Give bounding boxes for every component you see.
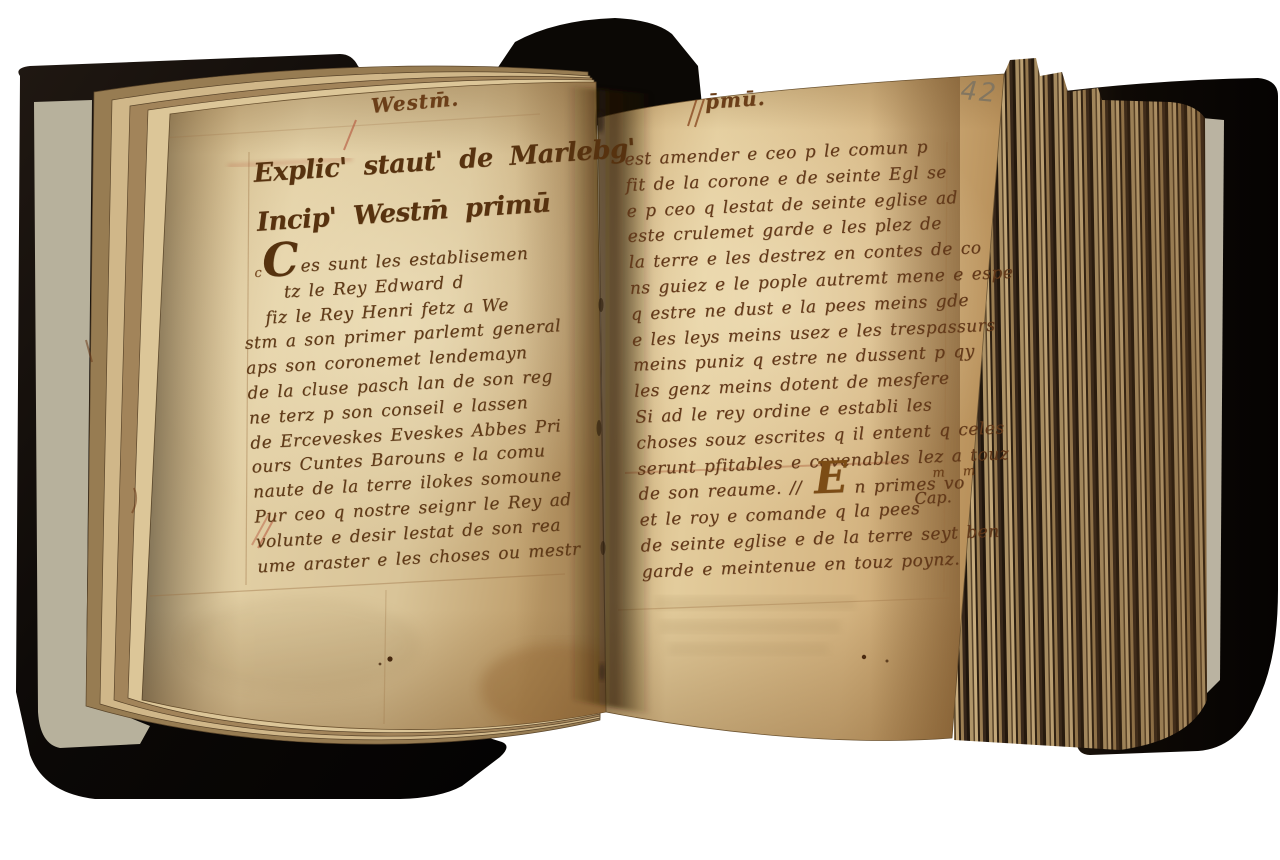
manuscript-line: n primes vo xyxy=(854,471,965,501)
left-page-text: C es sunt les establisemen tz le Rey Edw… xyxy=(240,240,581,580)
decorated-initial-c: C xyxy=(262,247,300,274)
right-page-text: est amender e ceo p le comun p fit de la… xyxy=(624,132,1026,586)
manuscript-photo: Westm̄. Explic' staut' de Marlebg' Incip… xyxy=(0,0,1280,860)
decorated-initial-e: E xyxy=(813,465,848,492)
folio-number: 42 xyxy=(959,76,999,109)
right-running-header: p̄mū. xyxy=(704,86,766,114)
